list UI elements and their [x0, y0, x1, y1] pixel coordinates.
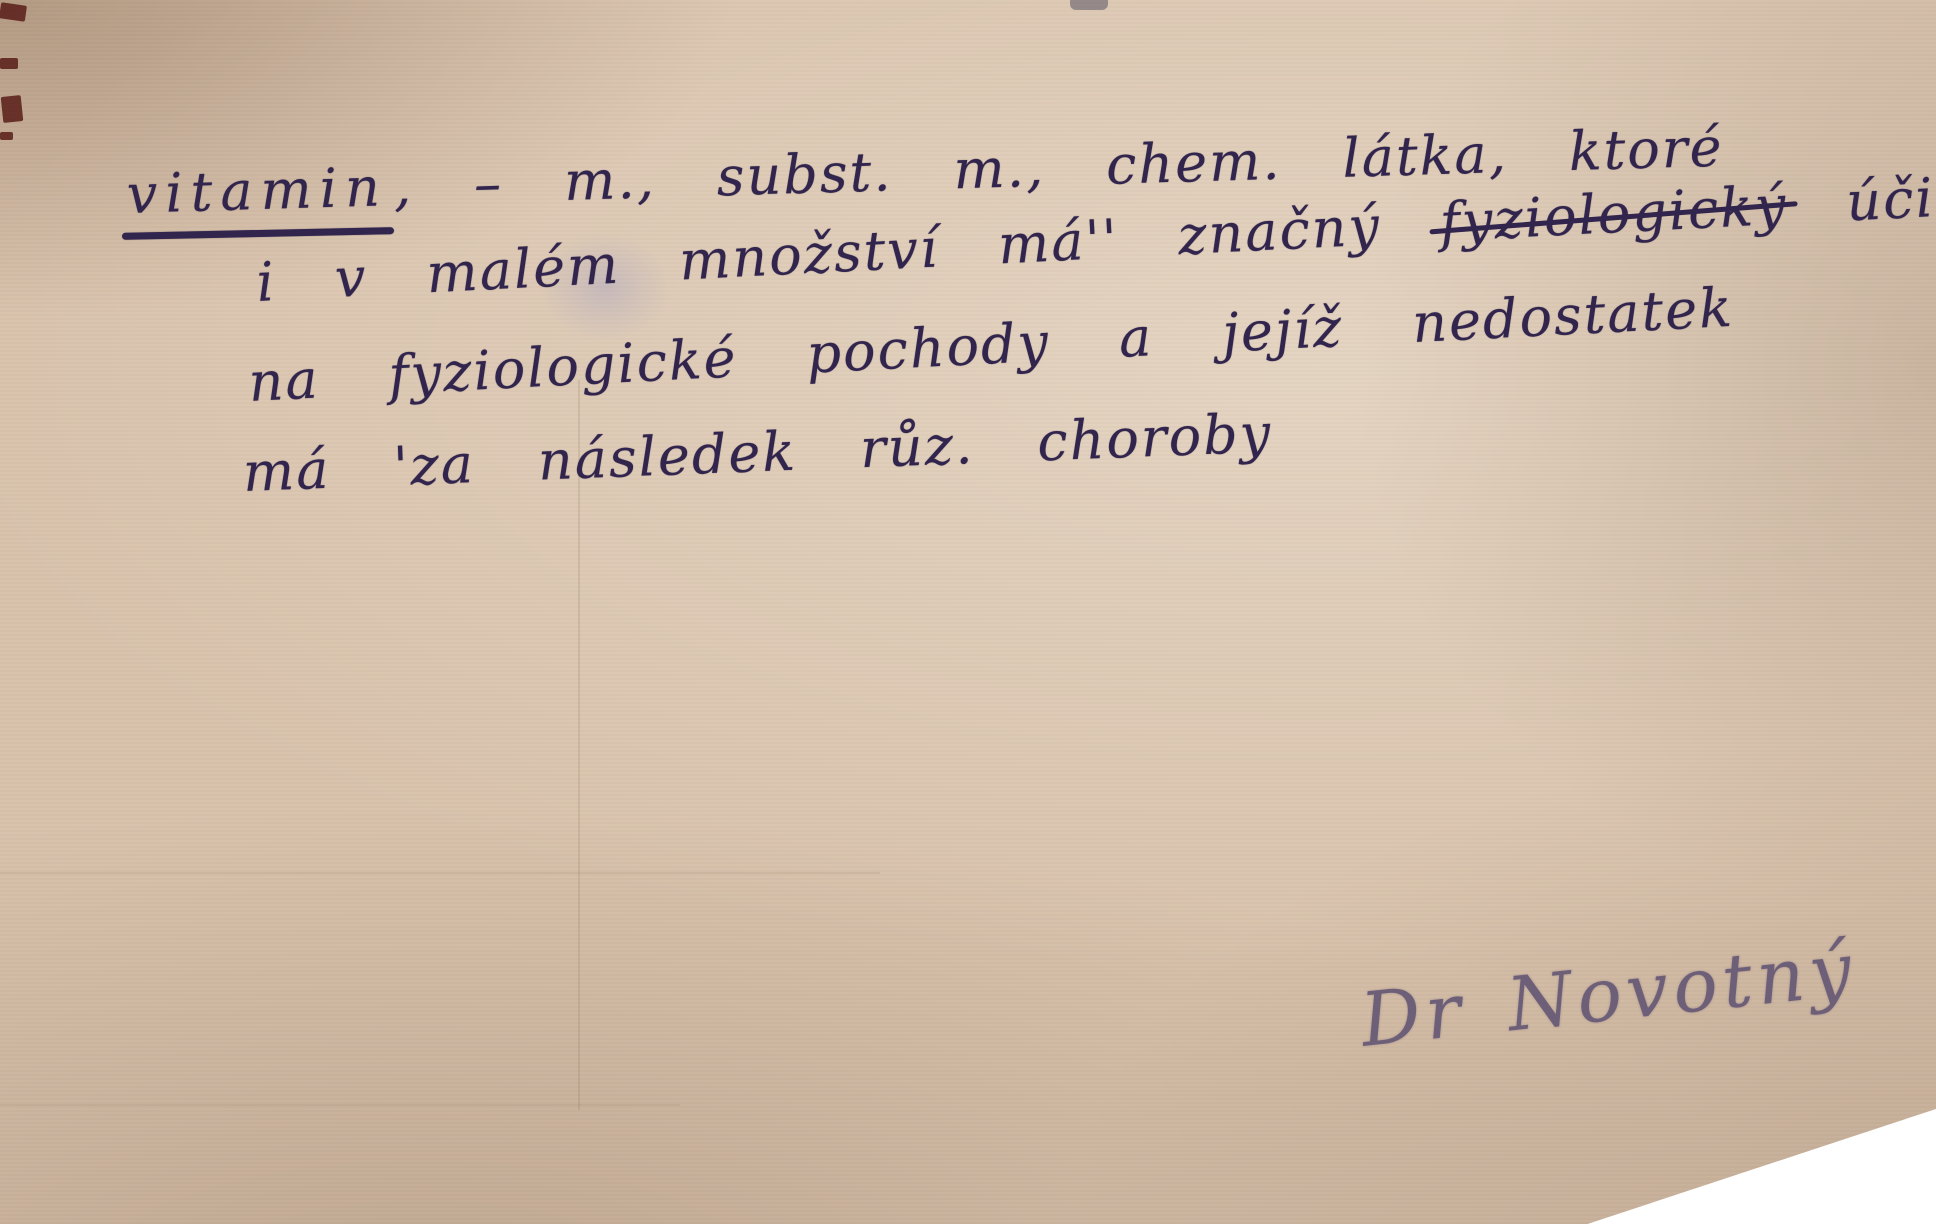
- scanned-note-card: vitamin, – m., subst. m., chem. látka, k…: [0, 0, 1936, 1224]
- edge-stain: [0, 132, 13, 140]
- headword-vitamin: vitamin: [124, 160, 395, 232]
- edge-stain: [0, 2, 27, 21]
- paper-crease-horizontal: [0, 1104, 680, 1106]
- top-edge-smudge: [1070, 0, 1108, 10]
- line2-text-after: účinek: [1786, 161, 1936, 237]
- edge-stain: [0, 58, 18, 69]
- paper-crease-horizontal: [0, 872, 880, 874]
- edge-stain: [1, 95, 24, 123]
